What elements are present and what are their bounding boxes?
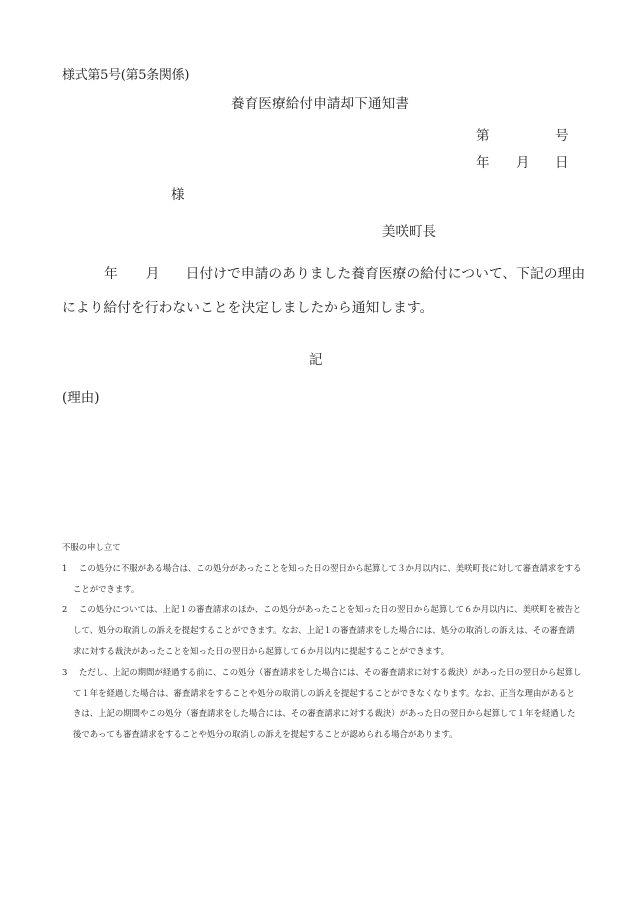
form-number: 様式第5号(第5条関係): [62, 64, 189, 83]
document-number-prefix: 第: [476, 124, 490, 144]
body-month: 月: [146, 266, 160, 282]
appeal-item-number: 1: [62, 558, 79, 579]
appeal-section: 不服の申し立て 1この処分に不服がある場合は、この処分があったことを知った日の翌…: [62, 537, 582, 745]
body-line-1: 年月日付けで申請のありました養育医療の給付について、下記の理由: [62, 257, 582, 291]
appeal-item-2: 2この処分については、上記１の審査請求のほか、この処分があったことを知った日の翌…: [62, 599, 582, 661]
date-year: 年: [476, 151, 490, 171]
appeal-item-text: この処分に不服がある場合は、この処分があったことを知った日の翌日から起算して３か…: [73, 563, 581, 594]
appeal-heading: 不服の申し立て: [62, 537, 582, 558]
addressee-suffix: 様: [171, 183, 185, 203]
body-line-1-rest: 日付けで申請のありました養育医療の給付について、下記の理由: [186, 266, 586, 282]
appeal-item-3: 3ただし、上記の期間が経過する前に、この処分（審査請求をした場合には、その審査請…: [62, 662, 582, 745]
reason-label: (理由): [62, 386, 100, 406]
appeal-item-1: 1この処分に不服がある場合は、この処分があったことを知った日の翌日から起算して３…: [62, 558, 582, 600]
appeal-item-number: 2: [62, 599, 79, 620]
document-title: 養育医療給付申請却下通知書: [231, 92, 409, 112]
body-line-2: により給付を行わないことを決定しましたから通知します。: [62, 291, 582, 325]
body-year: 年: [104, 266, 118, 282]
issuer-name: 美咲町長: [382, 220, 436, 240]
date-month: 月: [516, 151, 530, 171]
ki-heading: 記: [309, 348, 323, 368]
appeal-item-text: ただし、上記の期間が経過する前に、この処分（審査請求をした場合には、その審査請求…: [73, 667, 581, 739]
body-text: 年月日付けで申請のありました養育医療の給付について、下記の理由 により給付を行わ…: [62, 257, 582, 325]
appeal-item-text: この処分については、上記１の審査請求のほか、この処分があったことを知った日の翌日…: [73, 604, 581, 656]
appeal-item-number: 3: [62, 662, 79, 683]
date-day: 日: [555, 151, 569, 171]
document-number-suffix: 号: [555, 124, 569, 144]
